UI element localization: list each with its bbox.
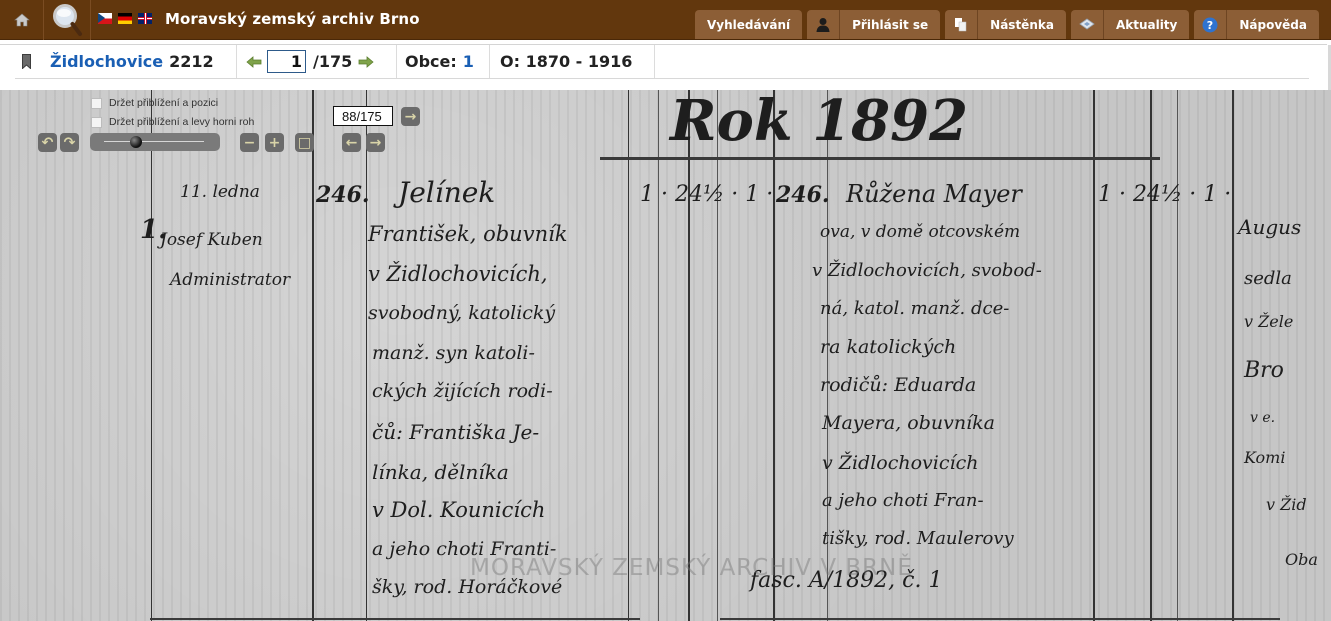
zoom-slider-handle[interactable] <box>130 136 142 148</box>
plus-icon: + <box>269 135 281 151</box>
witness-line-6: Komi <box>1244 448 1285 467</box>
magnifier-icon <box>52 3 84 37</box>
fit-to-window-button[interactable]: □ <box>295 133 314 152</box>
user-icon <box>816 17 830 32</box>
arrow-left-icon: ← <box>346 135 358 151</box>
flag-gb-icon[interactable] <box>138 13 152 24</box>
nav-news[interactable]: Aktuality <box>1071 10 1189 39</box>
groom-house: 246. <box>316 182 370 208</box>
obce-count-link[interactable]: 1 <box>463 52 474 71</box>
groom-line-8: línka, dělníka <box>372 460 509 484</box>
nav-search[interactable]: Vyhledávání <box>695 10 802 39</box>
newspaper-icon <box>1079 18 1095 31</box>
bride-line-4: ná, katol. manž. dce- <box>820 298 1009 319</box>
year-heading: Rok 1892 <box>670 90 968 154</box>
witness-line-1: Augus <box>1238 215 1301 239</box>
locality-link[interactable]: Židlochovice <box>50 52 163 71</box>
groom-line-4: svobodný, katolický <box>368 302 555 324</box>
keep-zoom-topleft-option: Držet přiblížení a levy horni roh <box>91 116 254 128</box>
svg-text:?: ? <box>1207 19 1213 32</box>
nav-login[interactable]: Přihlásit se <box>807 10 940 39</box>
officiant-line-1: Josef Kuben <box>160 230 263 250</box>
bride-age: 1 · 24½ · 1 · <box>1098 182 1231 207</box>
bride-line-9: a jeho choti Fran- <box>822 490 984 511</box>
help-icon: ? <box>1202 17 1218 33</box>
obce-label: Obce: <box>405 52 457 71</box>
rotate-left-button[interactable]: ↶ <box>38 133 57 152</box>
previous-image-button[interactable]: ← <box>342 133 361 152</box>
keep-zoom-position-checkbox[interactable] <box>91 98 102 109</box>
nav-news-label: Aktuality <box>1104 10 1189 39</box>
groom-line-6: ckých žijících rodi- <box>372 380 553 402</box>
language-switcher <box>98 13 152 24</box>
keep-zoom-position-option: Držet přiblížení a pozici <box>91 97 218 109</box>
nav-board-label: Nástěnka <box>978 10 1066 39</box>
groom-line-1: Jelínek <box>398 176 495 209</box>
keep-zoom-position-label: Držet přiblížení a pozici <box>109 97 218 109</box>
main-nav: Vyhledávání Přihlásit se Nástěnka <box>695 10 1319 39</box>
groom-line-3: v Židlochovicích, <box>368 262 548 286</box>
keep-zoom-topleft-label: Držet přiblížení a levy horni roh <box>109 116 254 128</box>
bride-line-6: rodičů: Eduarda <box>820 374 976 396</box>
top-header: Moravský zemský archiv Brno Vyhledávání … <box>0 0 1331 40</box>
prev-page-icon[interactable] <box>246 56 262 68</box>
groom-line-5: manž. syn katoli- <box>372 342 535 364</box>
witness-line-3: v Žele <box>1244 312 1293 331</box>
goto-page-button[interactable]: → <box>401 107 420 126</box>
nav-search-label: Vyhledávání <box>695 10 802 39</box>
zoom-slider[interactable] <box>90 133 220 151</box>
groom-line-2: František, obuvník <box>368 222 568 246</box>
site-title: Moravský zemský archiv Brno <box>165 10 420 28</box>
bride-line-7: Mayera, obuvníka <box>822 412 995 434</box>
date-range: O: 1870 - 1916 <box>500 52 632 71</box>
arrow-right-icon: → <box>405 109 417 125</box>
witness-line-4: Bro <box>1244 358 1284 383</box>
next-page-icon[interactable] <box>358 56 374 68</box>
zoom-in-button[interactable]: + <box>265 133 284 152</box>
witness-line-5: v e. <box>1250 410 1275 426</box>
nav-help[interactable]: ? Nápověda <box>1194 10 1319 39</box>
home-icon <box>14 13 30 27</box>
document-viewer[interactable]: Rok 1892 11. ledna 1. Josef Kuben Admini… <box>0 90 1331 621</box>
minus-icon: − <box>244 135 256 151</box>
record-info-bar: Židlochovice 2212 /175 Obce: 1 O: 1870 -… <box>0 41 1331 86</box>
flag-cz-icon[interactable] <box>98 13 112 24</box>
archive-watermark: MORAVSKÝ ZEMSKÝ ARCHIV V BRNĚ <box>470 555 913 581</box>
bride-line-1: Růžena Mayer <box>846 180 1022 208</box>
witness-line-2: sedla <box>1244 268 1292 289</box>
home-button[interactable] <box>0 0 44 40</box>
witness-line-7: v Žid <box>1266 495 1307 514</box>
groom-line-7: čů: Františka Je- <box>372 420 539 444</box>
rotate-right-button[interactable]: ↷ <box>60 133 79 152</box>
rotate-right-icon: ↷ <box>64 135 76 151</box>
bride-line-5: ra katolických <box>820 336 956 358</box>
flag-de-icon[interactable] <box>118 13 132 24</box>
rotate-left-icon: ↶ <box>42 135 54 151</box>
witness-line-8: Oba <box>1285 550 1318 569</box>
search-button[interactable] <box>45 0 91 40</box>
arrow-right-icon: → <box>370 135 382 151</box>
groom-line-9: v Dol. Kounicích <box>372 498 545 522</box>
keep-zoom-topleft-checkbox[interactable] <box>91 117 102 128</box>
fit-window-icon: □ <box>298 135 311 151</box>
bride-line-8: v Židlochovicích <box>822 452 978 474</box>
officiant-line-2: Administrator <box>170 270 290 290</box>
next-image-button[interactable]: → <box>366 133 385 152</box>
entry-date: 11. ledna <box>180 182 260 202</box>
bride-line-10: tišky, rod. Maulerovy <box>822 528 1014 549</box>
documents-icon <box>954 17 968 32</box>
bookmark-icon[interactable] <box>22 54 31 69</box>
page-total: /175 <box>313 52 352 71</box>
bride-line-2: ova, v domě otcovském <box>820 222 1020 242</box>
goto-page-input[interactable] <box>333 106 393 126</box>
groom-age: 1 · 24½ · 1 · <box>640 182 773 207</box>
nav-login-label: Přihlásit se <box>840 10 940 39</box>
bride-line-3: v Židlochovicích, svobod- <box>812 260 1042 281</box>
zoom-out-button[interactable]: − <box>240 133 259 152</box>
nav-help-label: Nápověda <box>1227 10 1319 39</box>
book-number: 2212 <box>169 52 214 71</box>
bride-house: 246. <box>776 182 830 208</box>
nav-board[interactable]: Nástěnka <box>945 10 1066 39</box>
page-number-input[interactable] <box>267 50 306 73</box>
